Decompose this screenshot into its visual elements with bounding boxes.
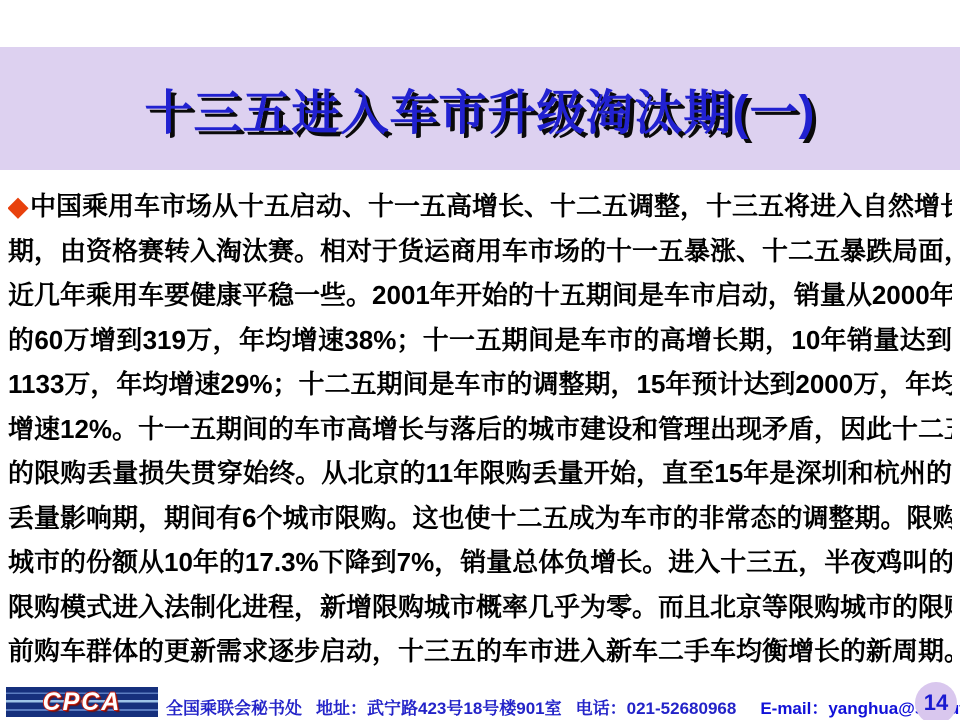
- footer-org-name: 全国乘联会秘书处: [166, 699, 302, 718]
- body-line: 前购车群体的更新需求逐步启动，十三五的车市进入新车二手车均衡增长的新周期。: [8, 629, 952, 674]
- body-line-text: 中国乘用车市场从十五启动、十一五高增长、十二五调整，十三五将进入自然增长: [30, 191, 952, 221]
- footer-address: 地址：武宁路423号18号楼901室: [316, 699, 562, 718]
- presentation-slide: 十三五进入车市升级淘汰期(一) ◆中国乘用车市场从十五启动、十一五高增长、十二五…: [0, 0, 960, 720]
- body-line: 近几年乘用车要健康平稳一些。2001年开始的十五期间是车市启动，销量从2000年: [8, 273, 952, 318]
- page-number: 14: [924, 690, 948, 716]
- body-line: ◆中国乘用车市场从十五启动、十一五高增长、十二五调整，十三五将进入自然增长: [8, 184, 952, 229]
- footer-contact-info: 全国乘联会秘书处地址：武宁路423号18号楼901室电话：021-5268096…: [166, 694, 960, 719]
- body-line: 增速12%。十一五期间的车市高增长与落后的城市建设和管理出现矛盾，因此十二五: [8, 407, 952, 452]
- cpca-logo: CPCA: [6, 687, 158, 717]
- body-line: 的60万增到319万，年均增速38%；十一五期间是车市的高增长期，10年销量达到: [8, 318, 952, 363]
- body-line: 丢量影响期，期间有6个城市限购。这也使十二五成为车市的非常态的调整期。限购: [8, 496, 952, 541]
- title-banner: 十三五进入车市升级淘汰期(一): [0, 47, 960, 170]
- body-line: 的限购丢量损失贯穿始终。从北京的11年限购丢量开始，直至15年是深圳和杭州的: [8, 451, 952, 496]
- diamond-bullet-icon: ◆: [8, 191, 28, 221]
- body-line: 1133万，年均增速29%；十二五期间是车市的调整期，15年预计达到2000万，…: [8, 362, 952, 407]
- footer-phone: 电话：021-52680968: [576, 699, 737, 718]
- body-line: 限购模式进入法制化进程，新增限购城市概率几乎为零。而且北京等限购城市的限购: [8, 585, 952, 630]
- page-number-badge: 14: [915, 682, 957, 720]
- slide-title: 十三五进入车市升级淘汰期(一): [145, 74, 816, 143]
- body-line: 期，由资格赛转入淘汰赛。相对于货运商用车市场的十一五暴涨、十二五暴跌局面，: [8, 229, 952, 274]
- body-line: 城市的份额从10年的17.3%下降到7%，销量总体负增长。进入十三五，半夜鸡叫的: [8, 540, 952, 585]
- cpca-logo-text: CPCA: [43, 690, 122, 715]
- body-paragraph: ◆中国乘用车市场从十五启动、十一五高增长、十二五调整，十三五将进入自然增长 期，…: [8, 184, 952, 674]
